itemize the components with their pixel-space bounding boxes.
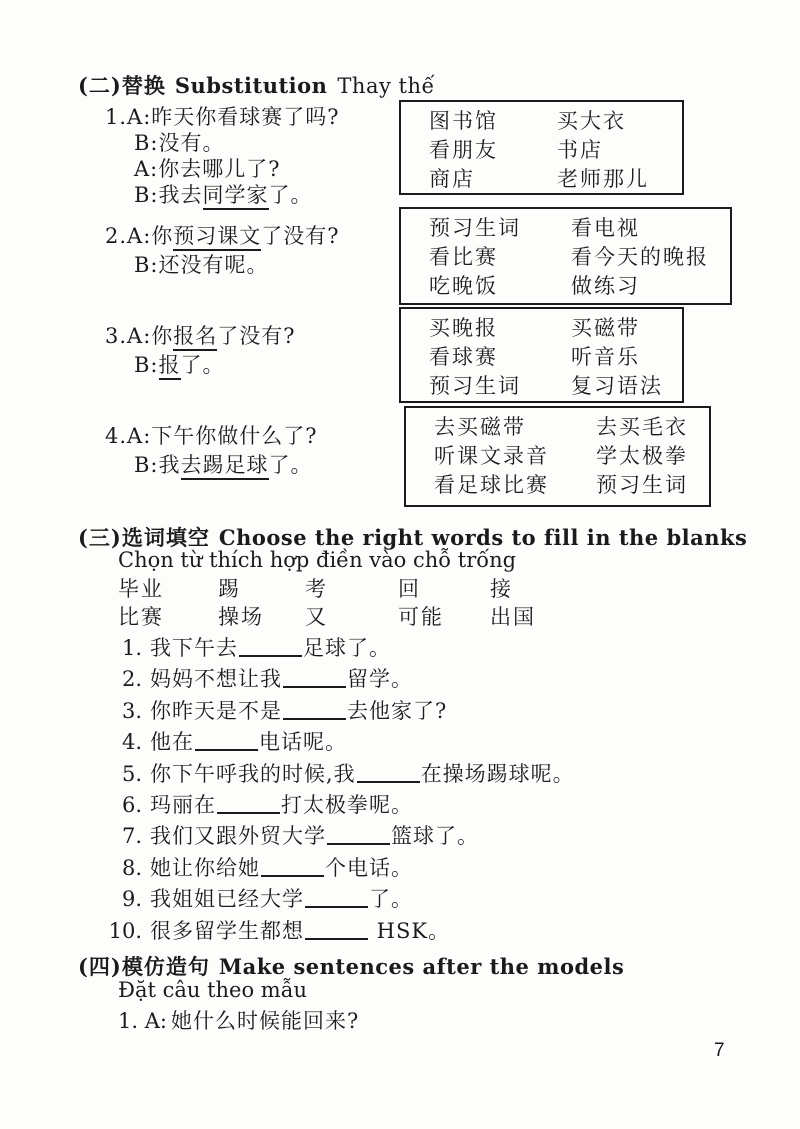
dialogue-line: B:还没有呢。 (105, 251, 340, 280)
fill-blank-sentence: 5.你下午呼我的时候,我在操场踢球呢。 (105, 759, 575, 790)
section-2-heading: (二)替换SubstitutionThay thế (78, 70, 435, 100)
dialogue-line: B:我去同学家了。 (105, 182, 340, 208)
box-row: 图书馆买大衣 (401, 107, 682, 136)
word-bank-item: 毕业 (118, 575, 218, 603)
box-cell: 预习生词 (429, 214, 571, 243)
box-cell: 复习语法 (571, 374, 663, 398)
dialogue-text: 你去哪儿了? (158, 157, 280, 181)
dialogue-exercise-2: 2.A:你预习课文了没有? B:还没有呢。 (105, 222, 340, 280)
blank-line (217, 791, 280, 814)
sentence-text: HSK。 (369, 919, 450, 943)
box-row: 吃晚饭做练习 (401, 272, 730, 301)
sentence-text: 在操场踢球呢。 (421, 762, 575, 786)
word-bank: 毕业踢考回接 比赛操场又可能出国 (118, 575, 536, 631)
underlined-text: 去踢足球 (181, 453, 269, 480)
sentence-number: 7. (105, 821, 142, 852)
sentence-text: 打太极拳呢。 (281, 793, 413, 817)
sentence-text: 他在 (150, 730, 194, 754)
fill-blank-sentence: 10.很多留学生都想 HSK。 (105, 916, 575, 947)
section-4-heading: (四)模仿造句Make sentences after the models (78, 951, 624, 981)
sentence-text: 个电话。 (325, 856, 413, 880)
word-bank-item: 出国 (490, 603, 536, 631)
box-row: 看朋友书店 (401, 136, 682, 165)
word-bank-item: 接 (490, 575, 513, 603)
speaker-label: B: (134, 183, 159, 207)
word-bank-row: 毕业踢考回接 (118, 575, 536, 603)
box-cell: 看足球比赛 (434, 471, 596, 500)
speaker-label: A: (134, 157, 158, 181)
box-cell: 去买磁带 (434, 413, 596, 442)
word-bank-item: 可能 (398, 603, 490, 631)
section-4-title-zh: (四)模仿造句 (78, 954, 210, 979)
dialogue-line: 4.A:下午你做什么了? (105, 422, 318, 451)
sentence-number: 5. (105, 759, 142, 790)
dialogue-text: 了。 (181, 353, 225, 377)
sentence-text: 玛丽在 (150, 793, 216, 817)
underlined-text: 同学家 (203, 183, 269, 210)
dialogue-line: A:你去哪儿了? (105, 156, 340, 182)
word-bank-row: 比赛操场又可能出国 (118, 603, 536, 631)
dialogue-line: B:我去踢足球了。 (105, 451, 318, 480)
speaker-label: 1. A: (118, 1009, 167, 1033)
dialogue-text: 了没有? (217, 324, 295, 348)
word-bank-item: 比赛 (118, 603, 218, 631)
dialogue-text: 没有。 (159, 131, 225, 155)
blank-line (195, 728, 258, 751)
dialogue-text: 还没有呢。 (159, 253, 269, 277)
sentence-text: 留学。 (347, 667, 413, 691)
speaker-label: B: (134, 131, 159, 155)
dialogue-exercise-1: 1.A:昨天你看球赛了吗? B:没有。 A:你去哪儿了? B:我去同学家了。 (105, 104, 340, 208)
speaker-label: B: (134, 253, 159, 277)
dialogue-text: 了。 (269, 183, 313, 207)
fill-blank-list: 1.我下午去足球了。 2.妈妈不想让我留学。 3.你昨天是不是去他家了? 4.他… (105, 633, 575, 947)
workbook-page: (二)替换SubstitutionThay thế 1.A:昨天你看球赛了吗? … (0, 0, 800, 1129)
box-cell: 看球赛 (429, 343, 571, 372)
section-2-title-zh: (二)替换 (78, 73, 166, 98)
box-row: 预习生词看电视 (401, 214, 730, 243)
box-row: 看比赛看今天的晚报 (401, 243, 730, 272)
dialogue-text: 昨天你看球赛了吗? (151, 105, 339, 129)
box-cell: 买磁带 (571, 316, 640, 340)
box-cell: 预习生词 (596, 473, 688, 497)
sentence-number: 4. (105, 727, 142, 758)
sentence-text: 足球了。 (303, 636, 391, 660)
fill-blank-sentence: 9.我姐姐已经大学了。 (105, 884, 575, 915)
dialogue-text: 你 (151, 324, 173, 348)
sentence-text: 很多留学生都想 (150, 919, 304, 943)
word-bank-item: 又 (305, 603, 398, 631)
word-bank-item: 操场 (218, 603, 305, 631)
fill-blank-sentence: 1.我下午去足球了。 (105, 633, 575, 664)
dialogue-line: B:没有。 (105, 130, 340, 156)
speaker-label: 3.A: (105, 324, 151, 348)
dialogue-text: 下午你做什么了? (151, 424, 317, 448)
fill-blank-sentence: 7.我们又跟外贸大学篮球了。 (105, 821, 575, 852)
fill-blank-sentence: 2.妈妈不想让我留学。 (105, 664, 575, 695)
speaker-label: 1.A: (105, 105, 151, 129)
blank-line (305, 885, 368, 908)
dialogue-line: 1.A:昨天你看球赛了吗? (105, 104, 340, 130)
fill-blank-sentence: 3.你昨天是不是去他家了? (105, 696, 575, 727)
model-sentence: 1. A:她什么时候能回来? (118, 1005, 359, 1035)
speaker-label: B: (134, 353, 159, 377)
dialogue-line: 2.A:你预习课文了没有? (105, 222, 340, 251)
blank-line (305, 917, 368, 940)
sentence-number: 3. (105, 696, 142, 727)
substitution-box-2: 预习生词看电视 看比赛看今天的晚报 吃晚饭做练习 (399, 207, 732, 305)
box-cell: 听音乐 (571, 345, 640, 369)
speaker-label: 4.A: (105, 424, 151, 448)
fill-blank-sentence: 8.她让你给她个电话。 (105, 853, 575, 884)
section-4-title-en: Make sentences after the models (219, 954, 624, 979)
sentence-text: 我下午去 (150, 636, 238, 660)
dialogue-text: 了没有? (261, 224, 339, 248)
page-number: 7 (714, 1040, 725, 1062)
box-cell: 老师那儿 (557, 167, 649, 191)
blank-line (283, 665, 346, 688)
box-cell: 听课文录音 (434, 442, 596, 471)
blank-line (239, 634, 302, 657)
sentence-text: 篮球了。 (391, 824, 479, 848)
dialogue-exercise-3: 3.A:你报名了没有? B:报了。 (105, 322, 296, 380)
blank-line (261, 854, 324, 877)
sentence-number: 2. (105, 664, 142, 695)
sentence-number: 10. (105, 916, 142, 947)
sentence-text: 你昨天是不是 (150, 699, 282, 723)
sentence-text: 你下午呼我的时候,我 (150, 762, 356, 786)
model-text: 她什么时候能回来? (171, 1009, 359, 1033)
box-cell: 商店 (429, 165, 557, 194)
sentence-number: 8. (105, 853, 142, 884)
sentence-text: 了。 (369, 887, 413, 911)
dialogue-exercise-4: 4.A:下午你做什么了? B:我去踢足球了。 (105, 422, 318, 480)
section-3-title-en: Choose the right words to fill in the bl… (219, 525, 748, 550)
blank-line (357, 760, 420, 783)
word-bank-item: 考 (305, 575, 398, 603)
dialogue-text: 你 (151, 224, 173, 248)
section-4-subtitle-vi: Đặt câu theo mẫu (118, 978, 307, 1002)
speaker-label: 2.A: (105, 224, 151, 248)
sentence-number: 1. (105, 633, 142, 664)
substitution-box-3: 买晚报买磁带 看球赛听音乐 预习生词复习语法 (399, 307, 684, 403)
sentence-text: 电话呢。 (259, 730, 347, 754)
sentence-text: 我姐姐已经大学 (150, 887, 304, 911)
underlined-text: 预习课文 (173, 224, 261, 251)
dialogue-text: 我 (159, 453, 181, 477)
section-3-subtitle-vi: Chọn từ thích hợp điền vào chỗ trống (118, 548, 516, 572)
box-row: 买晚报买磁带 (401, 314, 682, 343)
word-bank-item: 回 (398, 575, 490, 603)
sentence-text: 去他家了? (347, 699, 447, 723)
underlined-text: 报名 (173, 324, 217, 351)
underlined-text: 报 (159, 353, 181, 380)
box-row: 看足球比赛预习生词 (406, 471, 709, 500)
sentence-number: 6. (105, 790, 142, 821)
box-cell: 预习生词 (429, 372, 571, 401)
blank-line (327, 822, 390, 845)
box-row: 听课文录音学太极拳 (406, 442, 709, 471)
box-cell: 买晚报 (429, 314, 571, 343)
sentence-text: 我们又跟外贸大学 (150, 824, 326, 848)
box-cell: 看朋友 (429, 136, 557, 165)
sentence-text: 她让你给她 (150, 856, 260, 880)
fill-blank-sentence: 6.玛丽在打太极拳呢。 (105, 790, 575, 821)
box-row: 商店老师那儿 (401, 165, 682, 194)
speaker-label: B: (134, 453, 159, 477)
box-cell: 学太极拳 (596, 444, 688, 468)
section-2-title-en: Substitution (175, 73, 328, 98)
box-row: 去买磁带去买毛衣 (406, 413, 709, 442)
box-cell: 做练习 (571, 274, 640, 298)
dialogue-text: 了。 (269, 453, 313, 477)
box-cell: 图书馆 (429, 107, 557, 136)
section-2-title-vi: Thay thế (337, 74, 434, 98)
section-3-title-zh: (三)选词填空 (78, 525, 210, 550)
fill-blank-sentence: 4.他在电话呢。 (105, 727, 575, 758)
blank-line (283, 697, 346, 720)
box-cell: 书店 (557, 138, 603, 162)
box-cell: 吃晚饭 (429, 272, 571, 301)
box-cell: 看今天的晚报 (571, 245, 709, 269)
substitution-box-4: 去买磁带去买毛衣 听课文录音学太极拳 看足球比赛预习生词 (404, 406, 711, 507)
dialogue-text: 我去 (159, 183, 203, 207)
box-cell: 看电视 (571, 216, 640, 240)
box-row: 预习生词复习语法 (401, 372, 682, 401)
box-cell: 看比赛 (429, 243, 571, 272)
dialogue-line: B:报了。 (105, 351, 296, 380)
dialogue-line: 3.A:你报名了没有? (105, 322, 296, 351)
sentence-number: 9. (105, 884, 142, 915)
box-cell: 去买毛衣 (596, 415, 688, 439)
word-bank-item: 踢 (218, 575, 305, 603)
box-row: 看球赛听音乐 (401, 343, 682, 372)
substitution-box-1: 图书馆买大衣 看朋友书店 商店老师那儿 (399, 100, 684, 195)
sentence-text: 妈妈不想让我 (150, 667, 282, 691)
box-cell: 买大衣 (557, 109, 626, 133)
